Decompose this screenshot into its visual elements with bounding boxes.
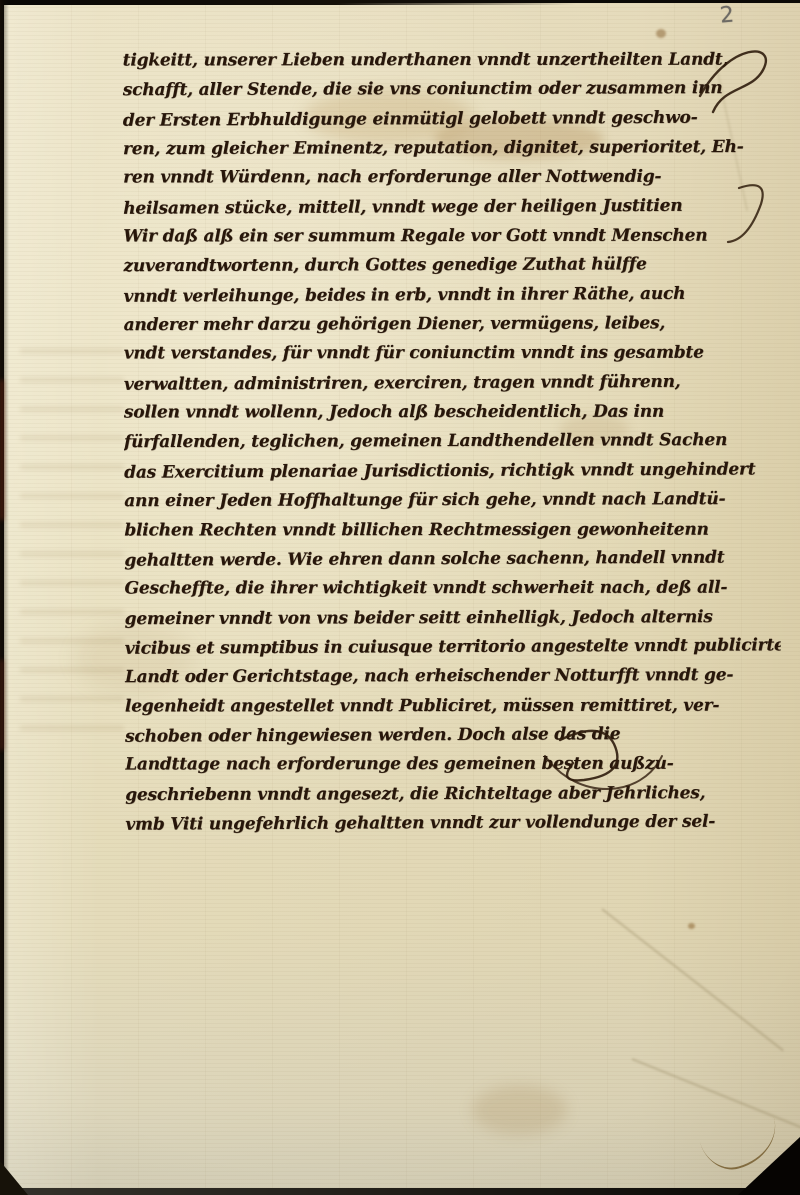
manuscript-line: vnndt verleihunge, beides in erb, vnndt … — [123, 279, 779, 312]
manuscript-line: das Exercitium plenariae Jurisdictionis,… — [124, 455, 780, 488]
manuscript-line: legenheidt angestellet vnndt Publiciret,… — [125, 691, 781, 721]
manuscript-line: verwaltten, administriren, exerciren, tr… — [124, 367, 780, 400]
page-top-edge-shadow — [0, 0, 800, 5]
manuscript-line: zuverandtwortenn, durch Gottes genedige … — [123, 250, 779, 282]
manuscript-text-block: tigkeitt, unserer Lieben underthanen vnn… — [123, 45, 782, 840]
manuscript-line: gemeiner vnndt von vns beider seitt einh… — [125, 602, 781, 634]
binding-edge-tint — [0, 380, 4, 520]
manuscript-line: blichen Rechten vnndt billichen Rechtmes… — [124, 515, 780, 545]
manuscript-line: Landt oder Gerichtstage, nach erheischen… — [125, 661, 781, 693]
manuscript-line: schafft, aller Stende, die sie vns coniu… — [123, 74, 779, 106]
manuscript-line: ren, zum gleicher Eminentz, reputation, … — [123, 133, 779, 165]
manuscript-line: ren vnndt Würdenn, nach erforderunge all… — [123, 163, 779, 193]
manuscript-line: gehaltten werde. Wie ehren dann solche s… — [124, 543, 780, 576]
manuscript-line: sollen vnndt wollenn, Jedoch alß beschei… — [124, 398, 780, 428]
manuscript-line: fürfallenden, teglichen, gemeinen Landth… — [124, 426, 780, 458]
manuscript-line: vndt verstandes, für vnndt für coniuncti… — [124, 339, 780, 369]
page-left-edge-shadow — [0, 0, 9, 1195]
manuscript-line: heilsamen stücke, mittell, vnndt wege de… — [123, 191, 779, 224]
page-number: 2 — [719, 2, 735, 28]
manuscript-line: Landttage nach erforderunge des gemeinen… — [125, 750, 781, 780]
manuscript-line: schoben oder hingewiesen werden. Doch al… — [125, 719, 781, 752]
manuscript-line: Gescheffte, die ihrer wichtigkeit vnndt … — [124, 574, 780, 604]
manuscript-line: anderer mehr darzu gehörigen Diener, ver… — [124, 309, 780, 341]
binding-edge-tint — [0, 660, 4, 750]
manuscript-line: vicibus et sumptibus in cuiusque territo… — [125, 631, 781, 664]
page-bottom-edge-shadow — [0, 1188, 800, 1195]
manuscript-line: Wir daß alß ein ser summum Regale vor Go… — [123, 222, 779, 252]
scanned-manuscript-page: tigkeitt, unserer Lieben underthanen vnn… — [0, 0, 800, 1195]
manuscript-line: geschriebenn vnndt angesezt, die Richtel… — [125, 778, 781, 810]
manuscript-line: vmb Viti ungefehrlich gehaltten vnndt zu… — [125, 807, 781, 840]
manuscript-line: ann einer Jeden Hoffhaltunge für sich ge… — [124, 485, 780, 517]
manuscript-line: tigkeitt, unserer Lieben underthanen vnn… — [123, 46, 779, 76]
manuscript-line: der Ersten Erbhuldigunge einmütigl gelob… — [123, 103, 779, 136]
